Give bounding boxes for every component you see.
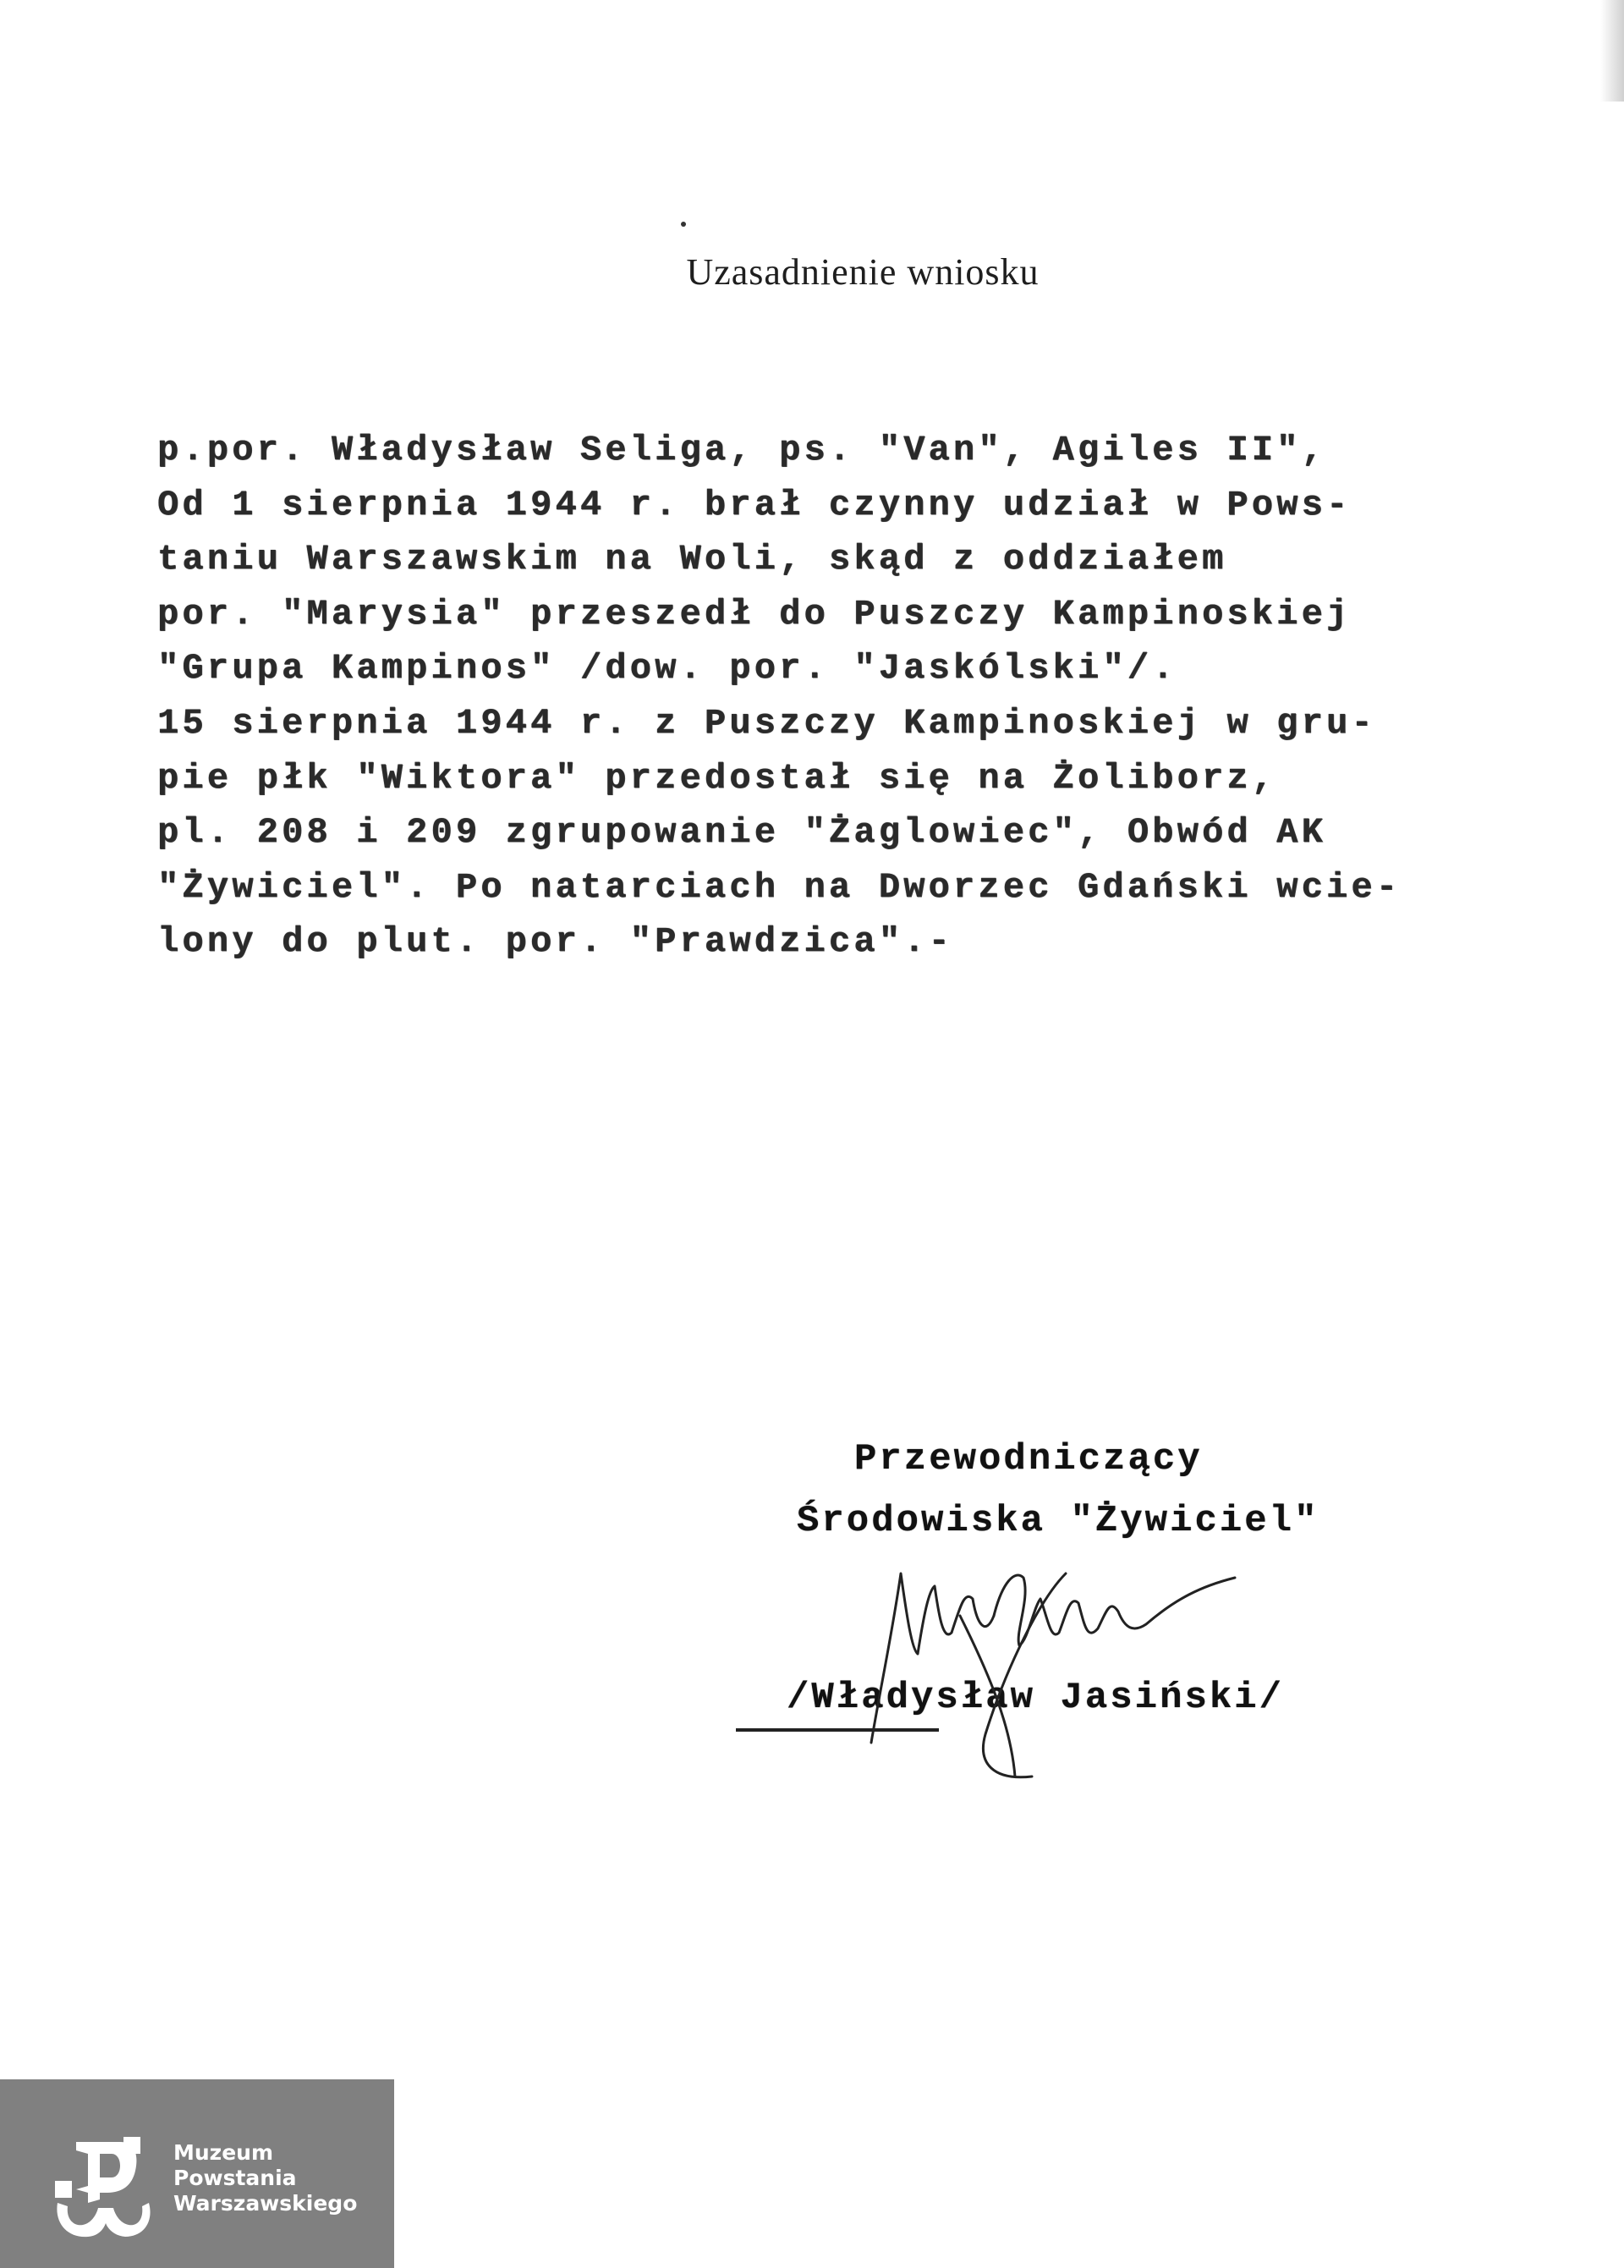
logo-line-1: Muzeum (173, 2140, 357, 2166)
kotwica-anchor-icon (51, 2130, 161, 2240)
logo-line-2: Powstania (173, 2166, 357, 2191)
document-title: Uzasadnienie wniosku (0, 250, 1624, 294)
body-line: taniu Warszawskim na Woli, skąd z oddzia… (157, 532, 1561, 587)
body-line: por. "Marysia" przeszedł do Puszczy Kamp… (157, 587, 1561, 642)
handwritten-signature-icon (812, 1565, 1319, 1785)
body-line: pie płk "Wiktora" przedostał się na Żoli… (157, 751, 1561, 806)
scan-edge-shadow (1600, 0, 1624, 102)
signatory-organization: Środowiska "Żywiciel" (797, 1500, 1319, 1542)
body-line: Od 1 sierpnia 1944 r. brał czynny udział… (157, 478, 1561, 533)
body-line: lony do plut. por. "Prawdzica".- (157, 914, 1561, 969)
body-line: "Żywiciel". Po natarciach na Dworzec Gda… (157, 860, 1561, 915)
museum-logo-panel: Muzeum Powstania Warszawskiego (0, 2079, 394, 2268)
logo-line-3: Warszawskiego (173, 2191, 357, 2216)
signatory-title: Przewodniczący (854, 1438, 1203, 1480)
body-line: 15 sierpnia 1944 r. z Puszczy Kampinoski… (157, 696, 1561, 751)
ink-dot-mark (681, 222, 686, 227)
document-body: p.por. Władysław Seliga, ps. "Van", Agil… (157, 423, 1561, 969)
museum-logo-text: Muzeum Powstania Warszawskiego (173, 2140, 357, 2216)
body-line: p.por. Władysław Seliga, ps. "Van", Agil… (157, 423, 1561, 478)
body-line: "Grupa Kampinos" /dow. por. "Jaskólski"/… (157, 641, 1561, 696)
body-line: pl. 208 i 209 zgrupowanie "Żaglowiec", O… (157, 805, 1561, 860)
